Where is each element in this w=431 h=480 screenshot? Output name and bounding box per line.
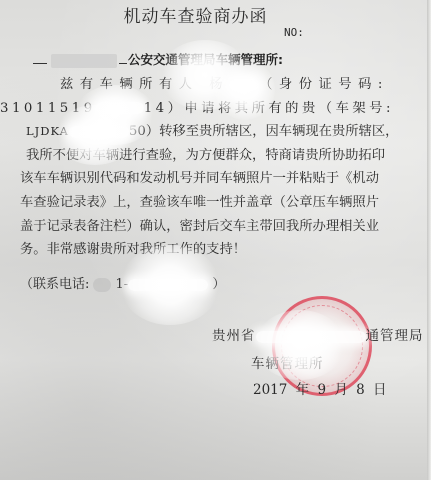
contact-line: （联系电话: 1- ）: [20, 273, 225, 292]
redacted-area-code: [93, 278, 111, 292]
org-suffix: 通管理局: [366, 328, 424, 344]
signature-organization: 贵州省通管理局: [212, 324, 424, 344]
body-line-6: 车查验记录表》上，查验该车唯一性并盖章（公章压车辆照片: [20, 191, 398, 215]
body-line-5: 该车车辆识别代码和发动机号并同车辆照片一并粘贴于《机动: [20, 167, 398, 191]
body-line-4: 我所不便对车辆进行查验，为方便群众，特商请贵所协助拓印: [20, 144, 398, 168]
vin-label: 14）申请将其所有的贵（车架号:: [144, 101, 394, 116]
vin-prefix: LJDKA: [26, 124, 69, 138]
paper-edge: [427, 0, 431, 480]
signature-department: 车辆管理所: [251, 352, 324, 372]
addressee-blank: [33, 63, 47, 64]
id-number-prefix: 31011519: [0, 101, 96, 116]
id-label: （身份证号码:: [259, 77, 389, 92]
redacted-owner-name: [229, 79, 259, 91]
document-title: 机动车查验商办函: [0, 2, 431, 27]
org-prefix: 贵州省: [212, 328, 256, 344]
document-page: 机动车查验商办函 NO: 公安交通管理局车辆管理所: 兹有车辆所有人 杨（身份证…: [0, 0, 431, 480]
letter-body: 兹有车辆所有人 杨（身份证号码: 3101151914）申请将其所有的贵（车架号…: [20, 73, 398, 262]
redacted-vin: [69, 126, 129, 138]
body-line-7: 盖于记录表备注栏）确认，密封后交车主带回我所办理相关业: [20, 215, 398, 239]
body-line-8: 务。非常感谢贵所对我所工作的支持！: [20, 238, 398, 262]
seal-inner-ring: [281, 305, 363, 387]
addressee-line: 公安交通管理局车辆管理所:: [33, 50, 283, 68]
contact-label: （联系电话:: [20, 277, 89, 292]
signature-date: 2017 年 9 月 8 日: [253, 378, 387, 398]
body-line-2: 3101151914）申请将其所有的贵（车架号:: [0, 97, 398, 121]
contact-close: ）: [212, 277, 225, 292]
redacted-region: [51, 54, 117, 68]
addressee-text: 公安交通管理局车辆管理所:: [128, 52, 283, 67]
owner-text: 兹有车辆所有人 杨: [60, 77, 229, 92]
body-line-3: LJDKA50）转移至贵所辖区，因车辆现在贵所辖区，: [20, 120, 398, 144]
document-number-label: NO:: [284, 26, 304, 39]
redacted-id-number: [96, 102, 144, 114]
contact-value: 1-: [116, 277, 129, 292]
addressee-blank: [119, 63, 127, 64]
redacted-org-name: [256, 331, 366, 343]
redacted-phone: [128, 279, 208, 291]
body-line-1: 兹有车辆所有人 杨（身份证号码:: [20, 73, 398, 97]
body-text: 50）转移至贵所辖区，因车辆现在贵所辖区，: [129, 124, 399, 139]
